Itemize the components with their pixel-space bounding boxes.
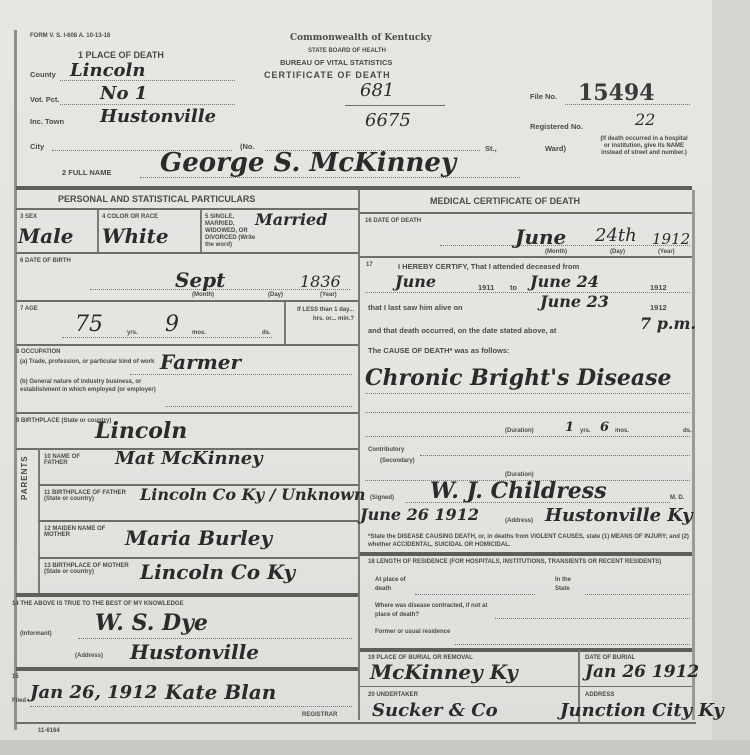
duration-years: 1 <box>565 420 574 435</box>
cause-line-1 <box>365 393 690 394</box>
full-name-value: George S. McKinney <box>160 148 456 178</box>
undertaker-label: 20 UNDERTAKER <box>368 692 418 698</box>
parents-label: PARENTS <box>20 455 29 500</box>
dod-year-label: (Year) <box>658 249 675 255</box>
annotation-divider <box>345 105 445 106</box>
duration-ds-label: ds. <box>683 428 692 434</box>
burial-place-value: McKinney Ky <box>370 660 518 684</box>
age-months: 9 <box>165 312 179 337</box>
attended-to-year: 1912 <box>650 283 667 292</box>
occupation-b-line <box>165 406 352 407</box>
dod-day-label: (Day) <box>610 249 625 255</box>
in-state-label: In the State <box>555 576 585 594</box>
occupation-a-line <box>130 374 352 375</box>
yrs-label: yrs. <box>127 330 138 336</box>
occupation-a-value: Farmer <box>160 350 241 374</box>
mother-name-label: 12 MAIDEN NAME OF MOTHER <box>44 526 124 538</box>
certify-number: 17 <box>366 262 373 268</box>
dod-month-label: (Month) <box>545 249 567 255</box>
attended-line <box>365 292 690 293</box>
contracted-line <box>495 618 690 619</box>
cause-label: The CAUSE OF DEATH* was as follows: <box>368 346 510 355</box>
dod-label: 16 DATE OF DEATH <box>365 218 421 224</box>
filed-line <box>30 706 352 707</box>
attended-from-year: 1911 <box>478 283 494 292</box>
last-saw-text: that I last saw him alive on <box>368 303 463 312</box>
in-state-line <box>585 594 690 595</box>
ward-label: Ward) <box>545 144 566 153</box>
mos-label: mos. <box>192 330 206 336</box>
divider <box>200 210 202 252</box>
board-name: STATE BOARD OF HEALTH <box>308 48 386 54</box>
vot-pct-line <box>60 104 235 105</box>
dod-year: 1912 <box>652 230 690 248</box>
vot-pct-value: No 1 <box>100 83 147 104</box>
informant-address-label: (Address) <box>75 653 103 659</box>
contracted-label: Where was disease contracted, if not at … <box>375 602 495 620</box>
contributory-line <box>420 455 690 456</box>
mother-birthplace-value: Lincoln Co Ky <box>140 560 295 584</box>
duration-yrs-label: yrs. <box>580 428 591 434</box>
cause-footnote: *State the DISEASE CAUSING DEATH, or, in… <box>368 533 690 549</box>
filed-label: Filed <box>12 698 26 704</box>
vot-pct-label: Vot. Pct. <box>30 95 59 104</box>
informant-address-value: Hustonville <box>130 640 259 664</box>
attended-to: June 24 <box>530 272 599 291</box>
divider <box>360 648 692 652</box>
sig-address-label: (Address) <box>505 518 533 524</box>
last-saw-year: 1912 <box>650 303 667 312</box>
less-than-day-label: If LESS than 1 day... hrs. or... min.? <box>290 306 354 324</box>
registrar-signature: Kate Blan <box>165 680 276 704</box>
occupation-b-label: (b) General nature of industry business,… <box>20 378 170 394</box>
inc-town-value: Hustonville <box>100 106 216 127</box>
county-label: County <box>30 70 56 79</box>
city-label: City <box>30 142 44 151</box>
birthplace-value: Lincoln <box>95 418 187 444</box>
annotation-top: 681 <box>360 80 394 101</box>
former-residence-line <box>455 644 690 645</box>
divider <box>16 252 358 254</box>
dob-month: Sept <box>175 268 225 292</box>
occupation-label: 8 OCCUPATION <box>16 349 60 355</box>
dob-label: 6 DATE OF BIRTH <box>20 258 71 264</box>
age-label: 7 AGE <box>20 306 38 312</box>
sex-label: 3 SEX <box>20 214 37 220</box>
undertaker-value: Sucker & Co <box>372 700 498 721</box>
duration-mos-label: mos. <box>615 428 629 434</box>
signed-line <box>405 502 670 503</box>
day-label: (Day) <box>268 292 283 298</box>
medical-section-title: MEDICAL CERTIFICATE OF DEATH <box>430 196 580 206</box>
month-label: (Month) <box>192 292 214 298</box>
file-no-value: 15494 <box>578 80 655 106</box>
informant-statement: 14 THE ABOVE IS TRUE TO THE BEST OF MY K… <box>12 601 184 607</box>
file-no-line <box>565 104 690 105</box>
death-time: 7 p.m. <box>640 314 696 333</box>
divider <box>16 412 358 414</box>
divider <box>16 344 358 346</box>
dod-month: June <box>515 225 566 249</box>
place-of-death-label: 1 PLACE OF DEATH <box>78 50 164 60</box>
dob-year: 1836 <box>300 272 341 291</box>
father-birthplace-value: Lincoln Co Ky / Unknown <box>140 485 365 504</box>
header-divider <box>16 186 692 190</box>
at-place-label: At place of death <box>375 576 415 594</box>
dod-day: 24th <box>595 225 637 246</box>
state-name: Commonwealth of Kentucky <box>290 33 432 43</box>
certify-text: I HEREBY CERTIFY, That I attended deceas… <box>398 262 579 271</box>
form-border-right <box>692 190 695 720</box>
full-name-label: 2 FULL NAME <box>62 168 111 177</box>
father-name-value: Mat McKinney <box>115 448 263 469</box>
death-time-text: and that death occurred, on the date sta… <box>368 326 556 335</box>
md-label: M. D. <box>670 495 684 501</box>
informant-value: W. S. Dye <box>95 610 208 636</box>
cause-value: Chronic Bright's Disease <box>365 365 672 391</box>
father-name-label: 10 NAME OF FATHER <box>44 454 104 466</box>
sig-address-value: Hustonville Ky <box>545 505 693 526</box>
mother-birthplace-label: 13 BIRTHPLACE OF MOTHER (State or countr… <box>44 563 134 575</box>
county-value: Lincoln <box>70 60 145 81</box>
undertaker-address-label: ADDRESS <box>585 692 614 698</box>
divider <box>16 722 696 724</box>
hospital-note: (If death occurred in a hospital or inst… <box>598 136 690 157</box>
divider <box>16 667 358 671</box>
bureau-name: BUREAU OF VITAL STATISTICS <box>280 58 392 67</box>
scan-background-right <box>712 0 750 755</box>
filed-date: Jan 26, 1912 <box>30 682 157 703</box>
divider <box>38 557 358 559</box>
form-number: FORM V. S. I-608 A. 10-13-18 <box>30 33 110 39</box>
duration-label: (Duration) <box>505 428 534 434</box>
occupation-a-label: (a) Trade, profession, or particular kin… <box>20 358 170 366</box>
undertaker-address-value: Junction City Ky <box>560 700 724 721</box>
divider <box>38 520 358 522</box>
divider <box>360 212 692 214</box>
annotation-bottom: 6675 <box>365 110 411 131</box>
former-residence-label: Former or usual residence <box>375 628 465 637</box>
filing-number: 15 <box>12 674 19 680</box>
father-birthplace-label: 11 BIRTHPLACE OF FATHER (State or countr… <box>44 490 134 502</box>
at-place-line <box>415 594 535 595</box>
divider <box>97 210 99 252</box>
burial-date-label: DATE OF BURIAL <box>585 655 635 661</box>
marital-value: Married <box>255 210 327 229</box>
informant-line <box>78 638 352 639</box>
file-no-label: File No. <box>530 92 557 101</box>
signed-date: June 26 1912 <box>360 505 479 524</box>
scan-background-bottom <box>0 740 750 755</box>
year-label: (Year) <box>320 292 337 298</box>
to-label: to <box>510 283 517 292</box>
signed-value: W. J. Childress <box>430 478 607 504</box>
form-code: 11-6164 <box>38 728 60 734</box>
inc-town-label: Inc. Town <box>30 117 64 126</box>
divider <box>284 302 286 344</box>
street-label: St., <box>485 144 497 153</box>
personal-section-title: PERSONAL AND STATISTICAL PARTICULARS <box>58 194 255 204</box>
duration-months: 6 <box>600 420 609 435</box>
ds-label: ds. <box>262 330 271 336</box>
residence-label: 18 LENGTH OF RESIDENCE (FOR HOSPITALS, I… <box>368 558 690 566</box>
informant-label: (Informant) <box>20 631 52 637</box>
signed-label: (Signed) <box>370 495 394 501</box>
divider <box>360 256 692 258</box>
duration-line <box>365 436 690 437</box>
center-divider <box>358 190 360 720</box>
age-years: 75 <box>75 312 103 337</box>
sex-value: Male <box>18 224 73 248</box>
registered-no-label: Registered No. <box>530 122 583 131</box>
attended-from: June <box>395 272 436 291</box>
registered-no-value: 22 <box>635 110 655 129</box>
divider <box>360 686 692 687</box>
age-line <box>62 337 272 338</box>
mother-name-value: Maria Burley <box>125 526 272 550</box>
cause-line-2 <box>365 412 690 413</box>
registrar-label: REGISTRAR <box>302 712 337 718</box>
certificate-title: CERTIFICATE OF DEATH <box>264 70 391 80</box>
divider <box>16 300 358 302</box>
marital-label: 5 SINGLE, MARRIED, WIDOWED, OR DIVORCED … <box>205 214 260 249</box>
race-value: White <box>102 224 169 248</box>
contributory-label: Contributory <box>368 447 404 453</box>
divider <box>360 552 692 556</box>
race-label: 4 COLOR OR RACE <box>102 214 158 220</box>
burial-date-value: Jan 26 1912 <box>585 662 699 682</box>
divider <box>16 593 358 597</box>
form-border-left <box>14 30 17 730</box>
secondary-label: (Secondary) <box>380 458 415 464</box>
last-saw-date: June 23 <box>540 292 609 311</box>
